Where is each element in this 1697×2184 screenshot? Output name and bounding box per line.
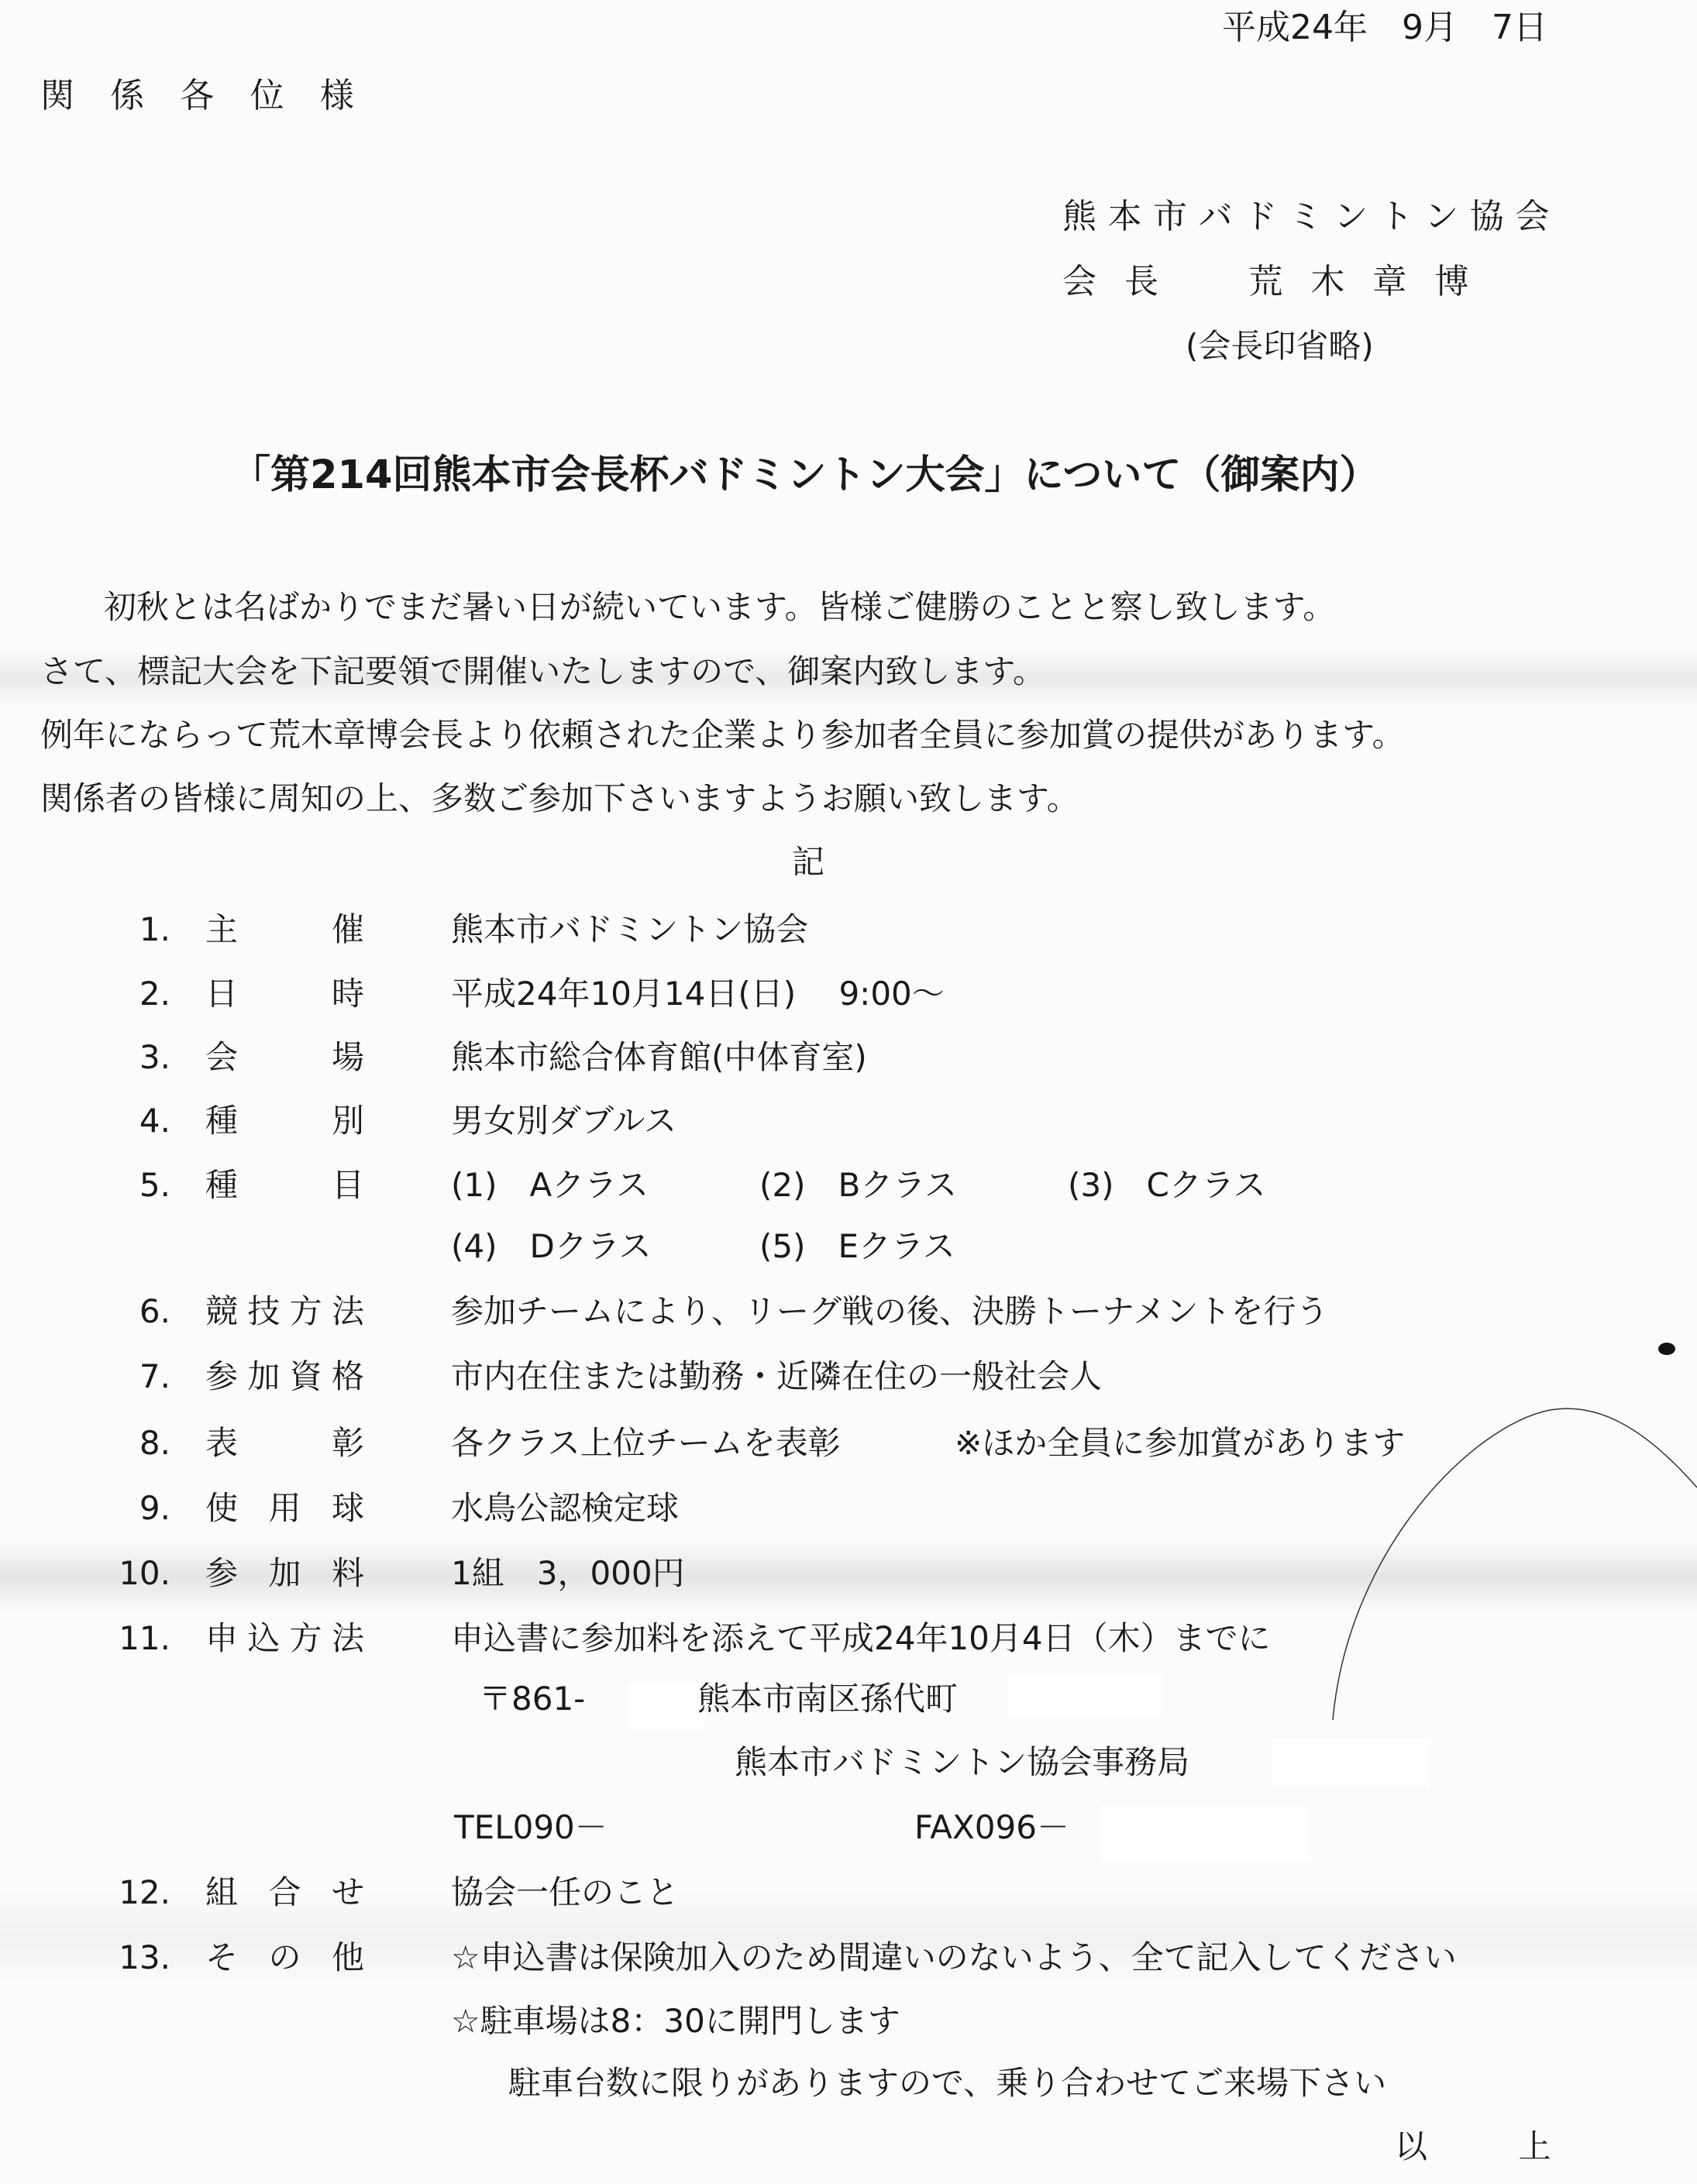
item-number: 13. (0, 1942, 170, 1974)
redacted-box (1007, 1673, 1162, 1716)
office-name: 熊本市バドミントン協会事務局 (735, 1746, 1189, 1779)
item-value-organizer: 熊本市バドミントン協会 (451, 913, 808, 946)
item-value-fee: 1組 3，000円 (451, 1557, 685, 1590)
ki-heading: 記 (792, 846, 824, 879)
body-line: 初秋とは名ばかりでまだ暑い日が続いています。皆様ご健勝のことと察し致します。 (104, 591, 1335, 624)
item-value-venue: 熊本市総合体育館(中体育室) (451, 1041, 867, 1074)
scan-artifact-dot (1658, 1343, 1675, 1355)
item-label: 日時 (205, 978, 364, 1010)
awards-note: ※ほか全員に参加賞があります (955, 1427, 1405, 1460)
item-number: 7. (0, 1360, 170, 1393)
class-a: (1) Aクラス (451, 1169, 649, 1202)
item-number: 3. (0, 1041, 170, 1074)
item-label: 種別 (205, 1105, 364, 1137)
item-label: 参加資格 (205, 1360, 364, 1393)
street-address: 熊本市南区孫代町 (697, 1683, 958, 1715)
document-date: 平成24年 9月 7日 (1222, 11, 1547, 45)
item-number: 8. (0, 1427, 170, 1460)
item-value-datetime: 平成24年10月14日(日) 9:00～ (451, 978, 945, 1010)
item-label: 競技方法 (205, 1295, 364, 1328)
item-label: 表彰 (205, 1427, 364, 1460)
item-number: 2. (0, 978, 170, 1010)
addressee: 関係各位様 (40, 79, 390, 113)
item-number: 1. (0, 913, 170, 946)
body-line: さて、標記大会を下記要領で開催いたしますので、御案内致します。 (40, 655, 1045, 688)
item-label: 申込方法 (205, 1622, 364, 1655)
item-value-application: 申込書に参加料を添えて平成24年10月4日（木）までに (451, 1622, 1271, 1655)
item-value-format: 参加チームにより、リーグ戦の後、決勝トーナメントを行う (451, 1295, 1328, 1328)
item-label: 会場 (205, 1041, 364, 1074)
carpool-note: 駐車台数に限りがありますので、乗り合わせてご来場下さい (508, 2067, 1386, 2100)
item-label: その他 (205, 1942, 364, 1974)
item-label: 種目 (205, 1169, 364, 1202)
parking-note: ☆駐車場は8：30に開門します (451, 2005, 900, 2038)
body-line: 例年にならって荒木章博会長より依頼された企業より参加者全員に参加賞の提供がありま… (40, 719, 1405, 752)
item-value-category: 男女別ダブルス (451, 1105, 676, 1137)
redacted-box (628, 1683, 705, 1731)
item-number: 10. (0, 1557, 170, 1590)
redacted-box (1100, 1805, 1310, 1861)
fax-number: FAX096－ (914, 1811, 1069, 1844)
item-value-draw: 協会一任のこと (451, 1876, 679, 1909)
item-number: 12. (0, 1876, 170, 1909)
item-number: 4. (0, 1105, 170, 1137)
class-e: (5) Eクラス (759, 1230, 955, 1263)
class-d: (4) Dクラス (451, 1230, 652, 1263)
body-line: 関係者の皆様に周知の上、多数ご参加下さいますようお願い致します。 (40, 782, 1079, 815)
class-c: (3) Cクラス (1068, 1169, 1266, 1202)
item-value-other: ☆申込書は保険加入のため間違いのないよう、全て記入してください (451, 1942, 1457, 1974)
item-value-eligibility: 市内在住または勤務・近隣在住の一般社会人 (451, 1360, 1102, 1393)
item-value-awards: 各クラス上位チームを表彰 (451, 1427, 841, 1460)
seal-omitted-note: (会長印省略) (1186, 330, 1374, 363)
item-number: 9. (0, 1492, 170, 1525)
item-number: 5. (0, 1169, 170, 1202)
class-b: (2) Bクラス (759, 1169, 957, 1202)
postal-code: 〒861- (479, 1683, 585, 1715)
sender-organization: 熊本市バドミントン協会 (1062, 200, 1561, 234)
item-value-shuttle: 水鳥公認検定球 (451, 1492, 679, 1525)
redacted-box (1271, 1739, 1430, 1787)
item-label: 組合せ (205, 1876, 364, 1909)
sender-name: 会長 荒木章博 (1062, 265, 1497, 299)
item-label: 使用球 (205, 1492, 364, 1525)
item-number: 11. (0, 1622, 170, 1655)
item-label: 参加料 (205, 1557, 364, 1590)
closing-mark: 以 上 (1395, 2131, 1580, 2163)
tel-number: TEL090－ (454, 1811, 608, 1844)
page-title: 「第214回熊本市会長杯バドミントン大会」について（御案内） (231, 456, 1379, 495)
item-label: 主催 (205, 913, 364, 946)
item-number: 6. (0, 1295, 170, 1328)
